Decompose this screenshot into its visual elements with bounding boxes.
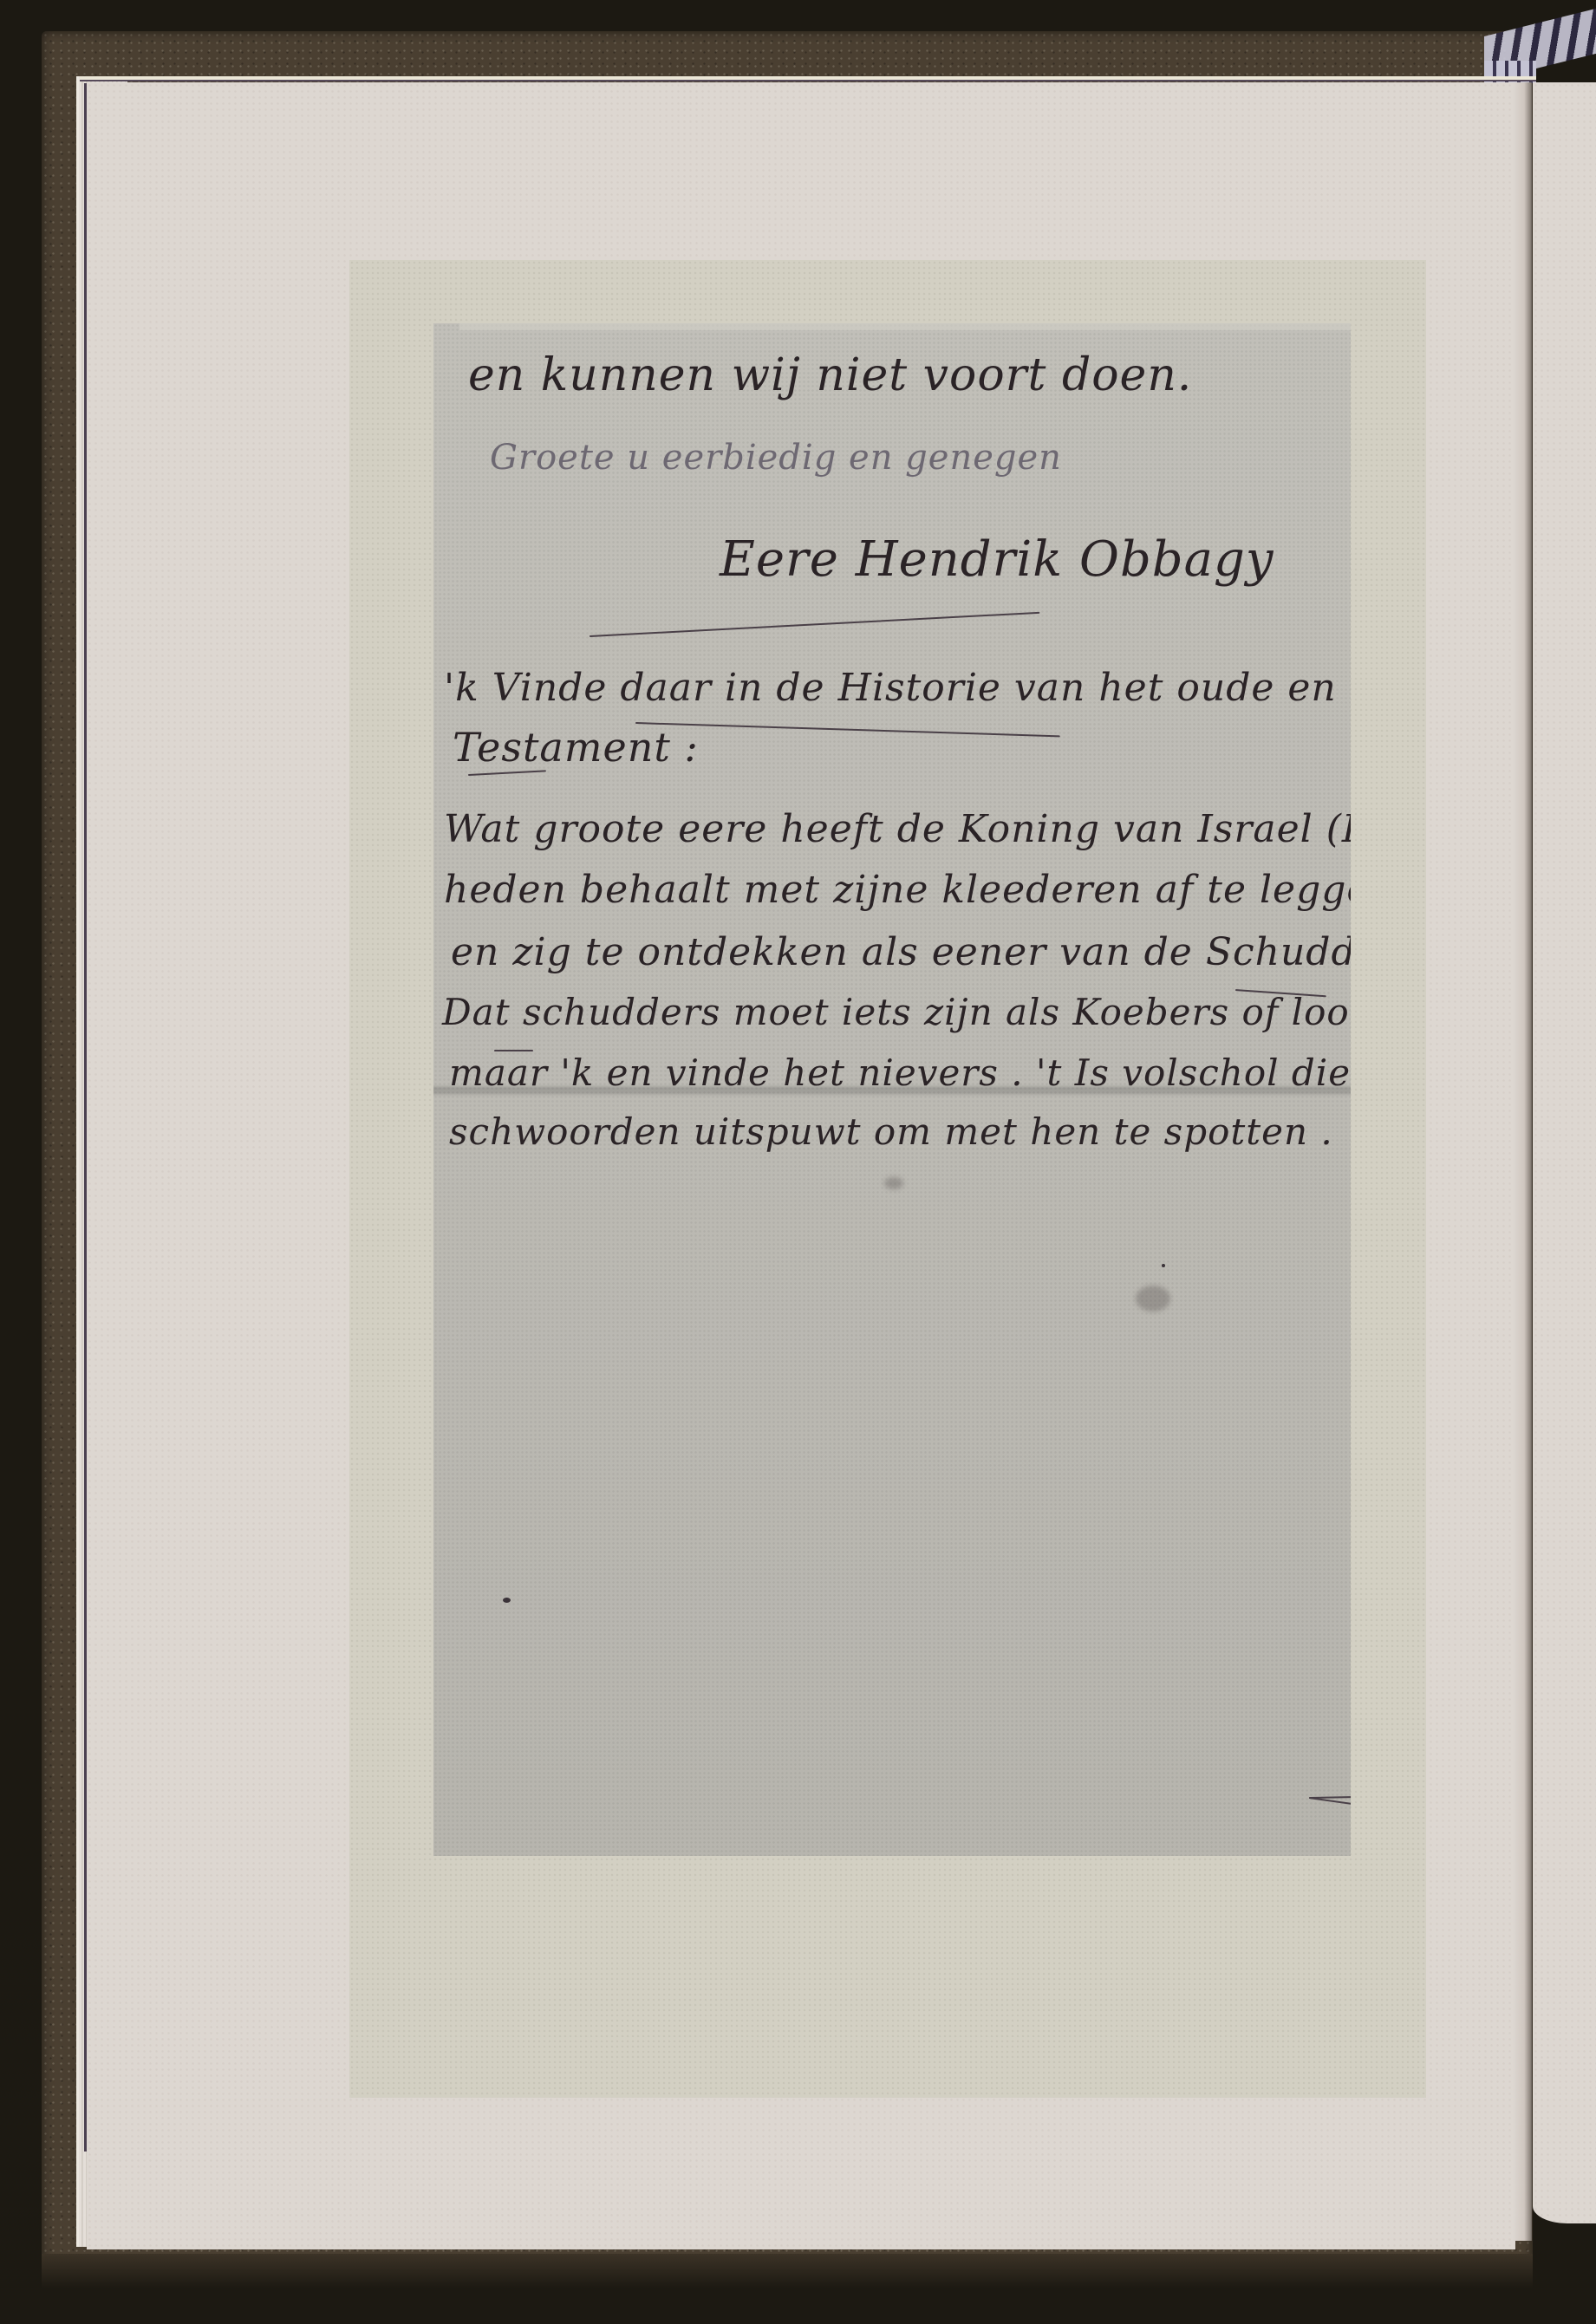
manuscript-p3-line1: Dat schudders moet iets zijn als Koebers…	[442, 991, 1351, 1033]
manuscript-p2-line1: Wat groote eere heeft de Koning van Isra…	[444, 807, 1351, 851]
manuscript-p3-line3: schwoorden uitspuwt om met hen te spotte…	[449, 1110, 1333, 1153]
manuscript-p3-line2: maar 'k en vinde het nievers . 't Is vol…	[449, 1051, 1351, 1094]
manuscript-p1-line2: Testament :	[453, 724, 699, 771]
ink-speck	[1162, 1264, 1165, 1267]
gutter-fold	[1513, 82, 1532, 2241]
ink-smudge	[884, 1177, 903, 1189]
page-edge-line	[84, 83, 87, 2151]
cover-shadow	[42, 2254, 1533, 2288]
signature-flourish	[590, 612, 1039, 637]
historie-underline	[635, 722, 1060, 737]
manuscript-closing-line: en kunnen wij niet voort doen.	[468, 349, 1192, 401]
ink-smudge	[1136, 1286, 1170, 1312]
top-page-edge	[80, 76, 1536, 81]
manuscript-photo: en kunnen wij niet voort doen. Groete u …	[433, 323, 1351, 1856]
ink-speck	[503, 1598, 511, 1603]
manuscript-p2-line3: en zig te ontdekken als eener van de Sch…	[451, 930, 1351, 974]
photo-top-edge	[459, 323, 1351, 330]
manuscript-signature: Eere Hendrik Obbagy	[720, 531, 1274, 588]
book-page-right	[1533, 82, 1596, 2223]
manuscript-greeting: Groete u eerbiedig en genegen	[490, 438, 1062, 478]
testament-underline	[468, 770, 546, 776]
pen-stroke-mark	[1309, 1796, 1351, 1799]
manuscript-p1-line1: 'k Vinde daar in de Historie van het oud…	[444, 666, 1351, 710]
manuscript-p2-line2: heden behaalt met zijne kleederen af te …	[444, 868, 1351, 912]
